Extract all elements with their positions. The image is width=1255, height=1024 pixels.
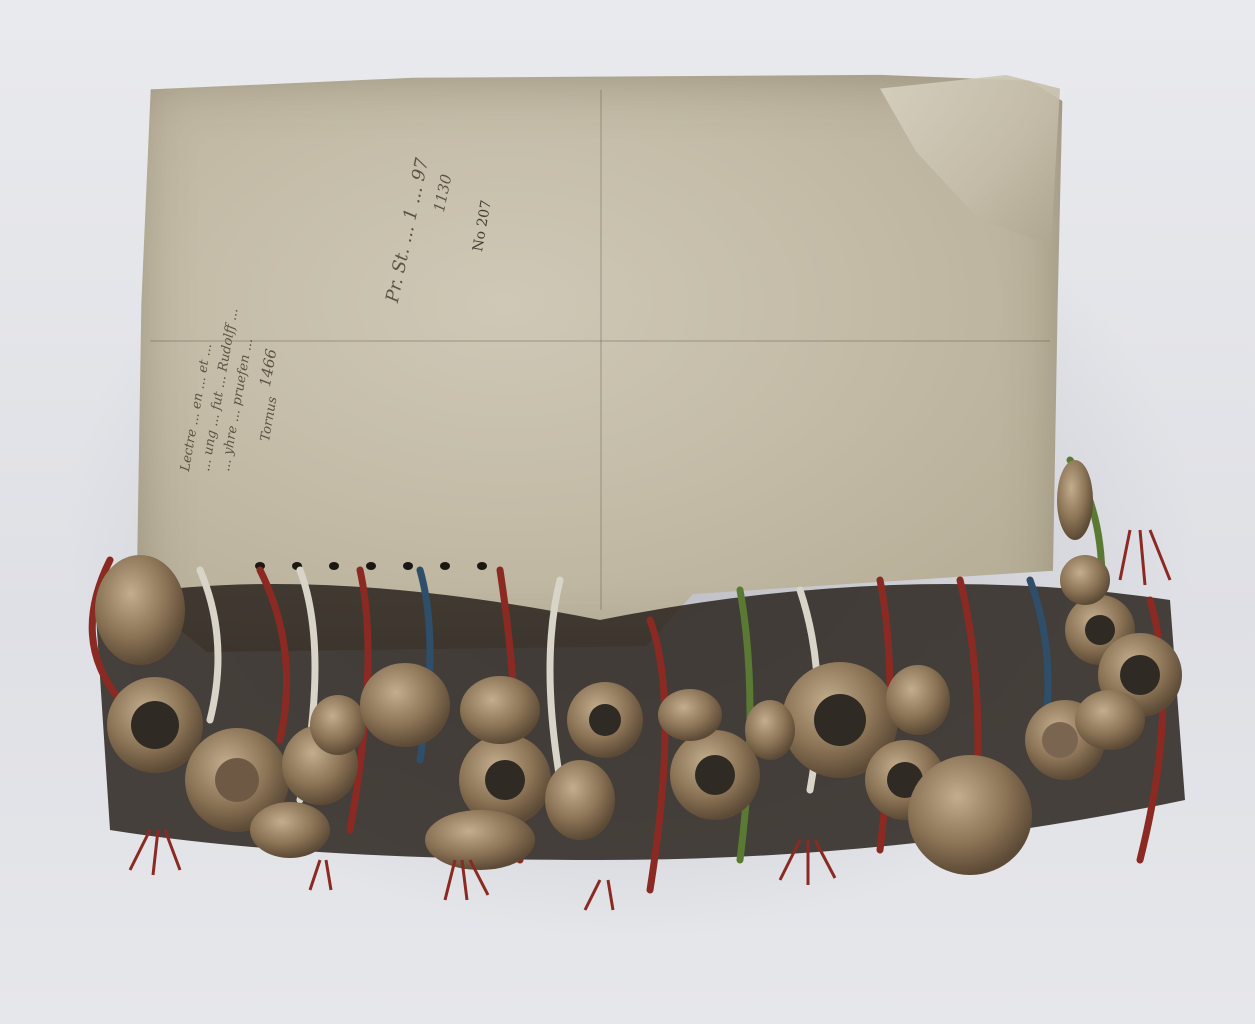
seals-and-cords <box>0 0 1255 1024</box>
photo-scene: Lectre ... en ... et ... ... ung ... fut… <box>0 0 1255 1024</box>
